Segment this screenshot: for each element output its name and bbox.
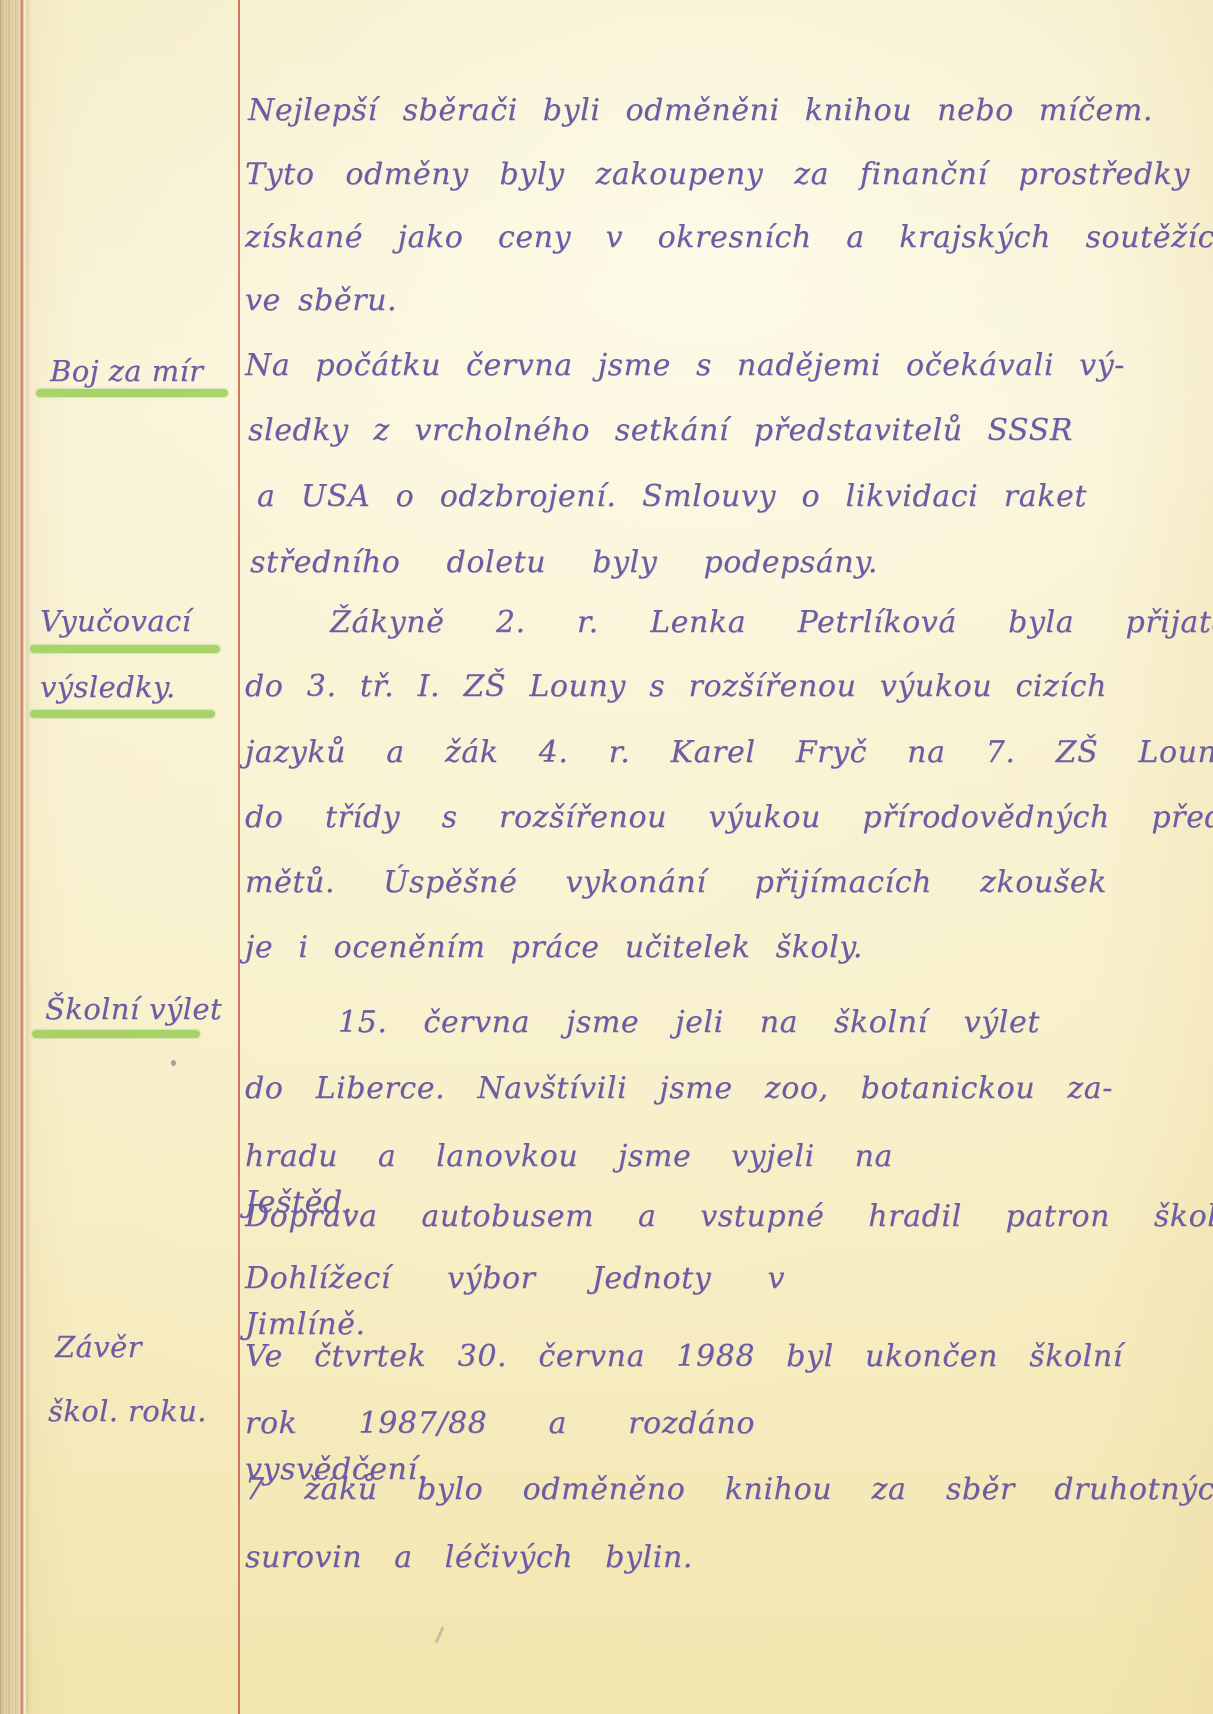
chronicle-page: Boj za mír Vyučovací výsledky. Školní vý… bbox=[0, 0, 1213, 1714]
margin-note-underline bbox=[30, 710, 215, 718]
handwriting-line: získané jako ceny v okresních a krajskýc… bbox=[245, 215, 1213, 261]
handwriting-line: a USA o odzbrojení. Smlouvy o likvidaci … bbox=[257, 474, 1087, 520]
ink-speck bbox=[171, 1060, 176, 1066]
handwriting-line: středního doletu byly podepsány. bbox=[250, 540, 878, 586]
margin-note-vyucovaci: Vyučovací bbox=[40, 600, 191, 642]
margin-note-skol-roku: škol. roku. bbox=[48, 1390, 207, 1432]
handwriting-line: Tyto odměny byly zakoupeny za finanční p… bbox=[245, 152, 1190, 198]
handwriting-line: ve sběru. bbox=[245, 278, 397, 324]
handwriting-line: do Liberce. Navštívili jsme zoo, botanic… bbox=[245, 1066, 1113, 1112]
handwriting-line: hradu a lanovkou jsme vyjeli na Ještěd. bbox=[245, 1134, 893, 1180]
margin-note-underline bbox=[32, 1030, 200, 1038]
handwriting-line: rok 1987/88 a rozdáno vysvědčení. bbox=[245, 1401, 755, 1447]
handwriting-line: 15. června jsme jeli na školní výlet bbox=[338, 1000, 1040, 1046]
handwriting-line: do třídy s rozšířenou výukou přírodovědn… bbox=[245, 795, 1213, 841]
handwriting-line: je i oceněním práce učitelek školy. bbox=[245, 925, 863, 971]
handwriting-line: Doprava autobusem a vstupné hradil patro… bbox=[245, 1194, 1213, 1240]
margin-note-zaver: Závěr bbox=[55, 1326, 142, 1368]
handwriting-line: do 3. tř. I. ZŠ Louny s rozšířenou výuko… bbox=[245, 664, 1107, 710]
handwriting-line: Nejlepší sběrači byli odměněni knihou ne… bbox=[248, 88, 1153, 134]
handwriting-line: sledky z vrcholného setkání představitel… bbox=[248, 408, 1073, 454]
paper-smudge bbox=[434, 1626, 444, 1644]
handwriting-line: Žákyně 2. r. Lenka Petrlíková byla přija… bbox=[330, 600, 1213, 646]
page-binding-edge bbox=[0, 0, 26, 1714]
margin-note-vysledky: výsledky. bbox=[40, 666, 176, 708]
margin-note-underline bbox=[36, 389, 228, 397]
handwriting-line: Na počátku června jsme s nadějemi očekáv… bbox=[245, 343, 1125, 389]
handwriting-line: surovin a léčivých bylin. bbox=[245, 1535, 693, 1581]
margin-note-skolni-vylet: Školní výlet bbox=[45, 988, 222, 1030]
handwriting-line: mětů. Úspěšné vykonání přijímacích zkouš… bbox=[245, 860, 1107, 906]
handwriting-line: 7 žáků bylo odměněno knihou za sběr druh… bbox=[245, 1467, 1213, 1513]
margin-note-underline bbox=[30, 645, 220, 653]
margin-note-boj-za-mir: Boj za mír bbox=[50, 350, 203, 392]
handwriting-line: jazyků a žák 4. r. Karel Fryč na 7. ZŠ L… bbox=[245, 730, 1213, 776]
handwriting-line: Dohlížecí výbor Jednoty v Jimlíně. bbox=[245, 1256, 785, 1302]
handwriting-line: Ve čtvrtek 30. června 1988 byl ukončen š… bbox=[245, 1334, 1123, 1380]
margin-rule-line bbox=[238, 0, 240, 1714]
